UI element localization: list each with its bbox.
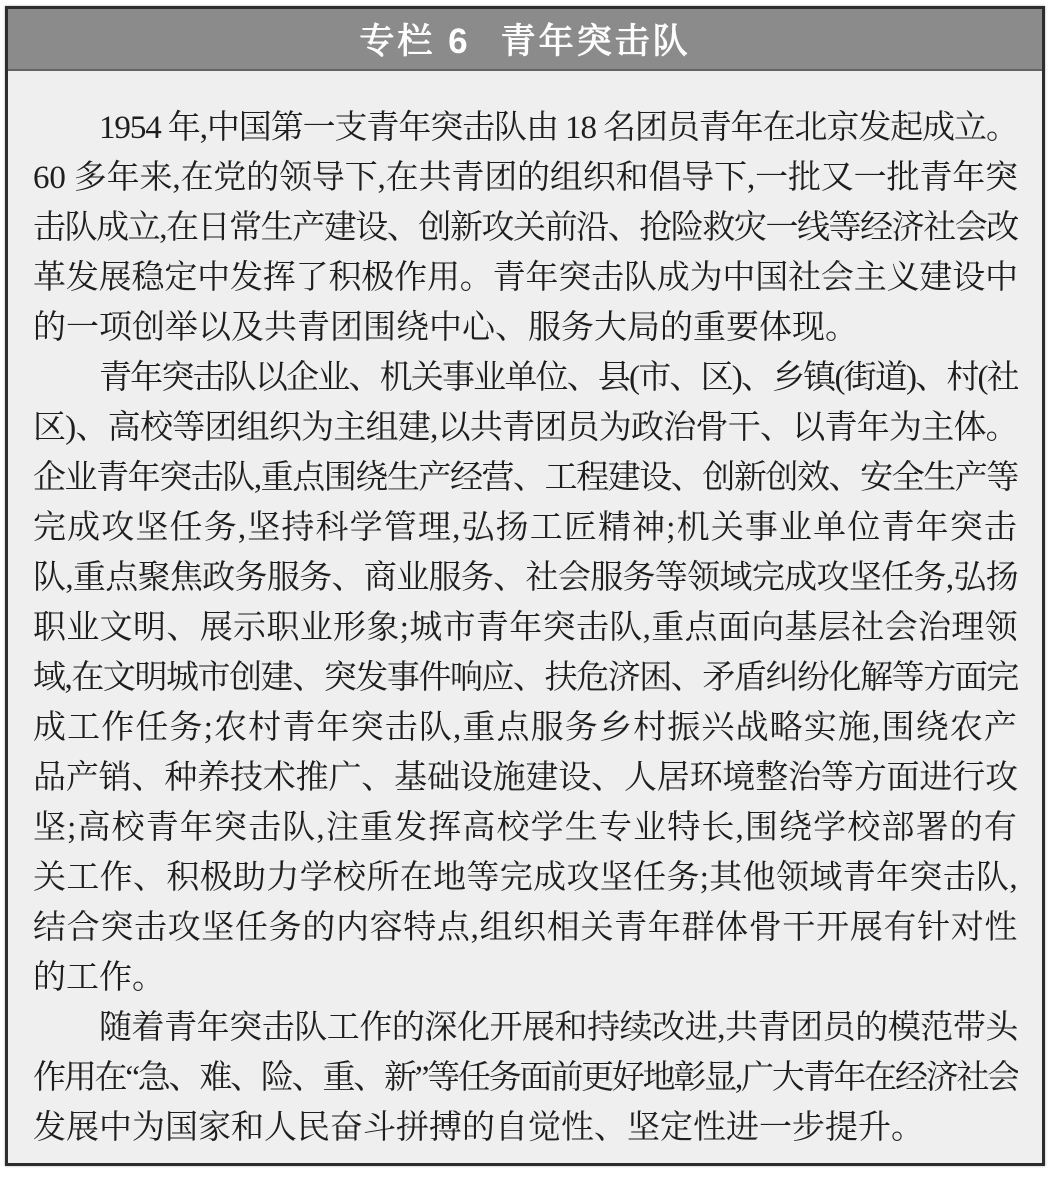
column-body: 1954 年,中国第一支青年突击队由 18 名团员青年在北京发起成立。60 多年… xyxy=(8,71,1042,1163)
text-line: 1954 年,中国第一支青年突击队由 18 名团员青年在北京发起成立。 xyxy=(33,103,1018,153)
paragraph: 1954 年,中国第一支青年突击队由 18 名团员青年在北京发起成立。60 多年… xyxy=(33,103,1018,353)
text-line: 完成攻坚任务,坚持科学管理,弘扬工匠精神;机关事业单位青年突击 xyxy=(33,503,1018,553)
text-line: 成工作任务;农村青年突击队,重点服务乡村振兴战略实施,围绕农产 xyxy=(33,703,1018,753)
text-line: 的工作。 xyxy=(33,953,1018,1003)
text-line: 随着青年突击队工作的深化开展和持续改进,共青团员的模范带头 xyxy=(33,1003,1018,1053)
text-line: 队,重点聚焦政务服务、商业服务、社会服务等领域完成攻坚任务,弘扬 xyxy=(33,553,1018,603)
page: { "header": { "label": "专栏 6", "title": … xyxy=(0,0,1052,1187)
text-line: 的一项创举以及共青团围绕中心、服务大局的重要体现。 xyxy=(33,303,1018,353)
paragraph: 青年突击队以企业、机关事业单位、县(市、区)、乡镇(街道)、村(社区)、高校等团… xyxy=(33,353,1018,1003)
text-line: 发展中为国家和人民奋斗拼搏的自觉性、坚定性进一步提升。 xyxy=(33,1103,1018,1153)
text-line: 青年突击队以企业、机关事业单位、县(市、区)、乡镇(街道)、村(社 xyxy=(33,353,1018,403)
text-line: 职业文明、展示职业形象;城市青年突击队,重点面向基层社会治理领 xyxy=(33,603,1018,653)
paragraph: 随着青年突击队工作的深化开展和持续改进,共青团员的模范带头作用在“急、难、险、重… xyxy=(33,1003,1018,1153)
text-line: 击队成立,在日常生产建设、创新攻关前沿、抢险救灾一线等经济社会改 xyxy=(33,203,1018,253)
column-header-label: 专栏 6 xyxy=(359,14,470,64)
text-line: 60 多年来,在党的领导下,在共青团的组织和倡导下,一批又一批青年突 xyxy=(33,153,1018,203)
column-box: 专栏 6 青年突击队 1954 年,中国第一支青年突击队由 18 名团员青年在北… xyxy=(5,6,1045,1166)
text-line: 企业青年突击队,重点围绕生产经营、工程建设、创新创效、安全生产等 xyxy=(33,453,1018,503)
text-line: 关工作、积极助力学校所在地等完成攻坚任务;其他领域青年突击队, xyxy=(33,853,1018,903)
text-line: 区)、高校等团组织为主组建,以共青团员为政治骨干、以青年为主体。 xyxy=(33,403,1018,453)
column-header-title: 青年突击队 xyxy=(501,14,691,64)
text-line: 坚;高校青年突击队,注重发挥高校学生专业特长,围绕学校部署的有 xyxy=(33,803,1018,853)
text-line: 品产销、种养技术推广、基础设施建设、人居环境整治等方面进行攻 xyxy=(33,753,1018,803)
text-line: 作用在“急、难、险、重、新”等任务面前更好地彰显,广大青年在经济社会 xyxy=(33,1053,1018,1103)
text-line: 结合突击攻坚任务的内容特点,组织相关青年群体骨干开展有针对性 xyxy=(33,903,1018,953)
text-line: 域,在文明城市创建、突发事件响应、扶危济困、矛盾纠纷化解等方面完 xyxy=(33,653,1018,703)
column-header: 专栏 6 青年突击队 xyxy=(8,9,1042,71)
text-line: 革发展稳定中发挥了积极作用。青年突击队成为中国社会主义建设中 xyxy=(33,253,1018,303)
